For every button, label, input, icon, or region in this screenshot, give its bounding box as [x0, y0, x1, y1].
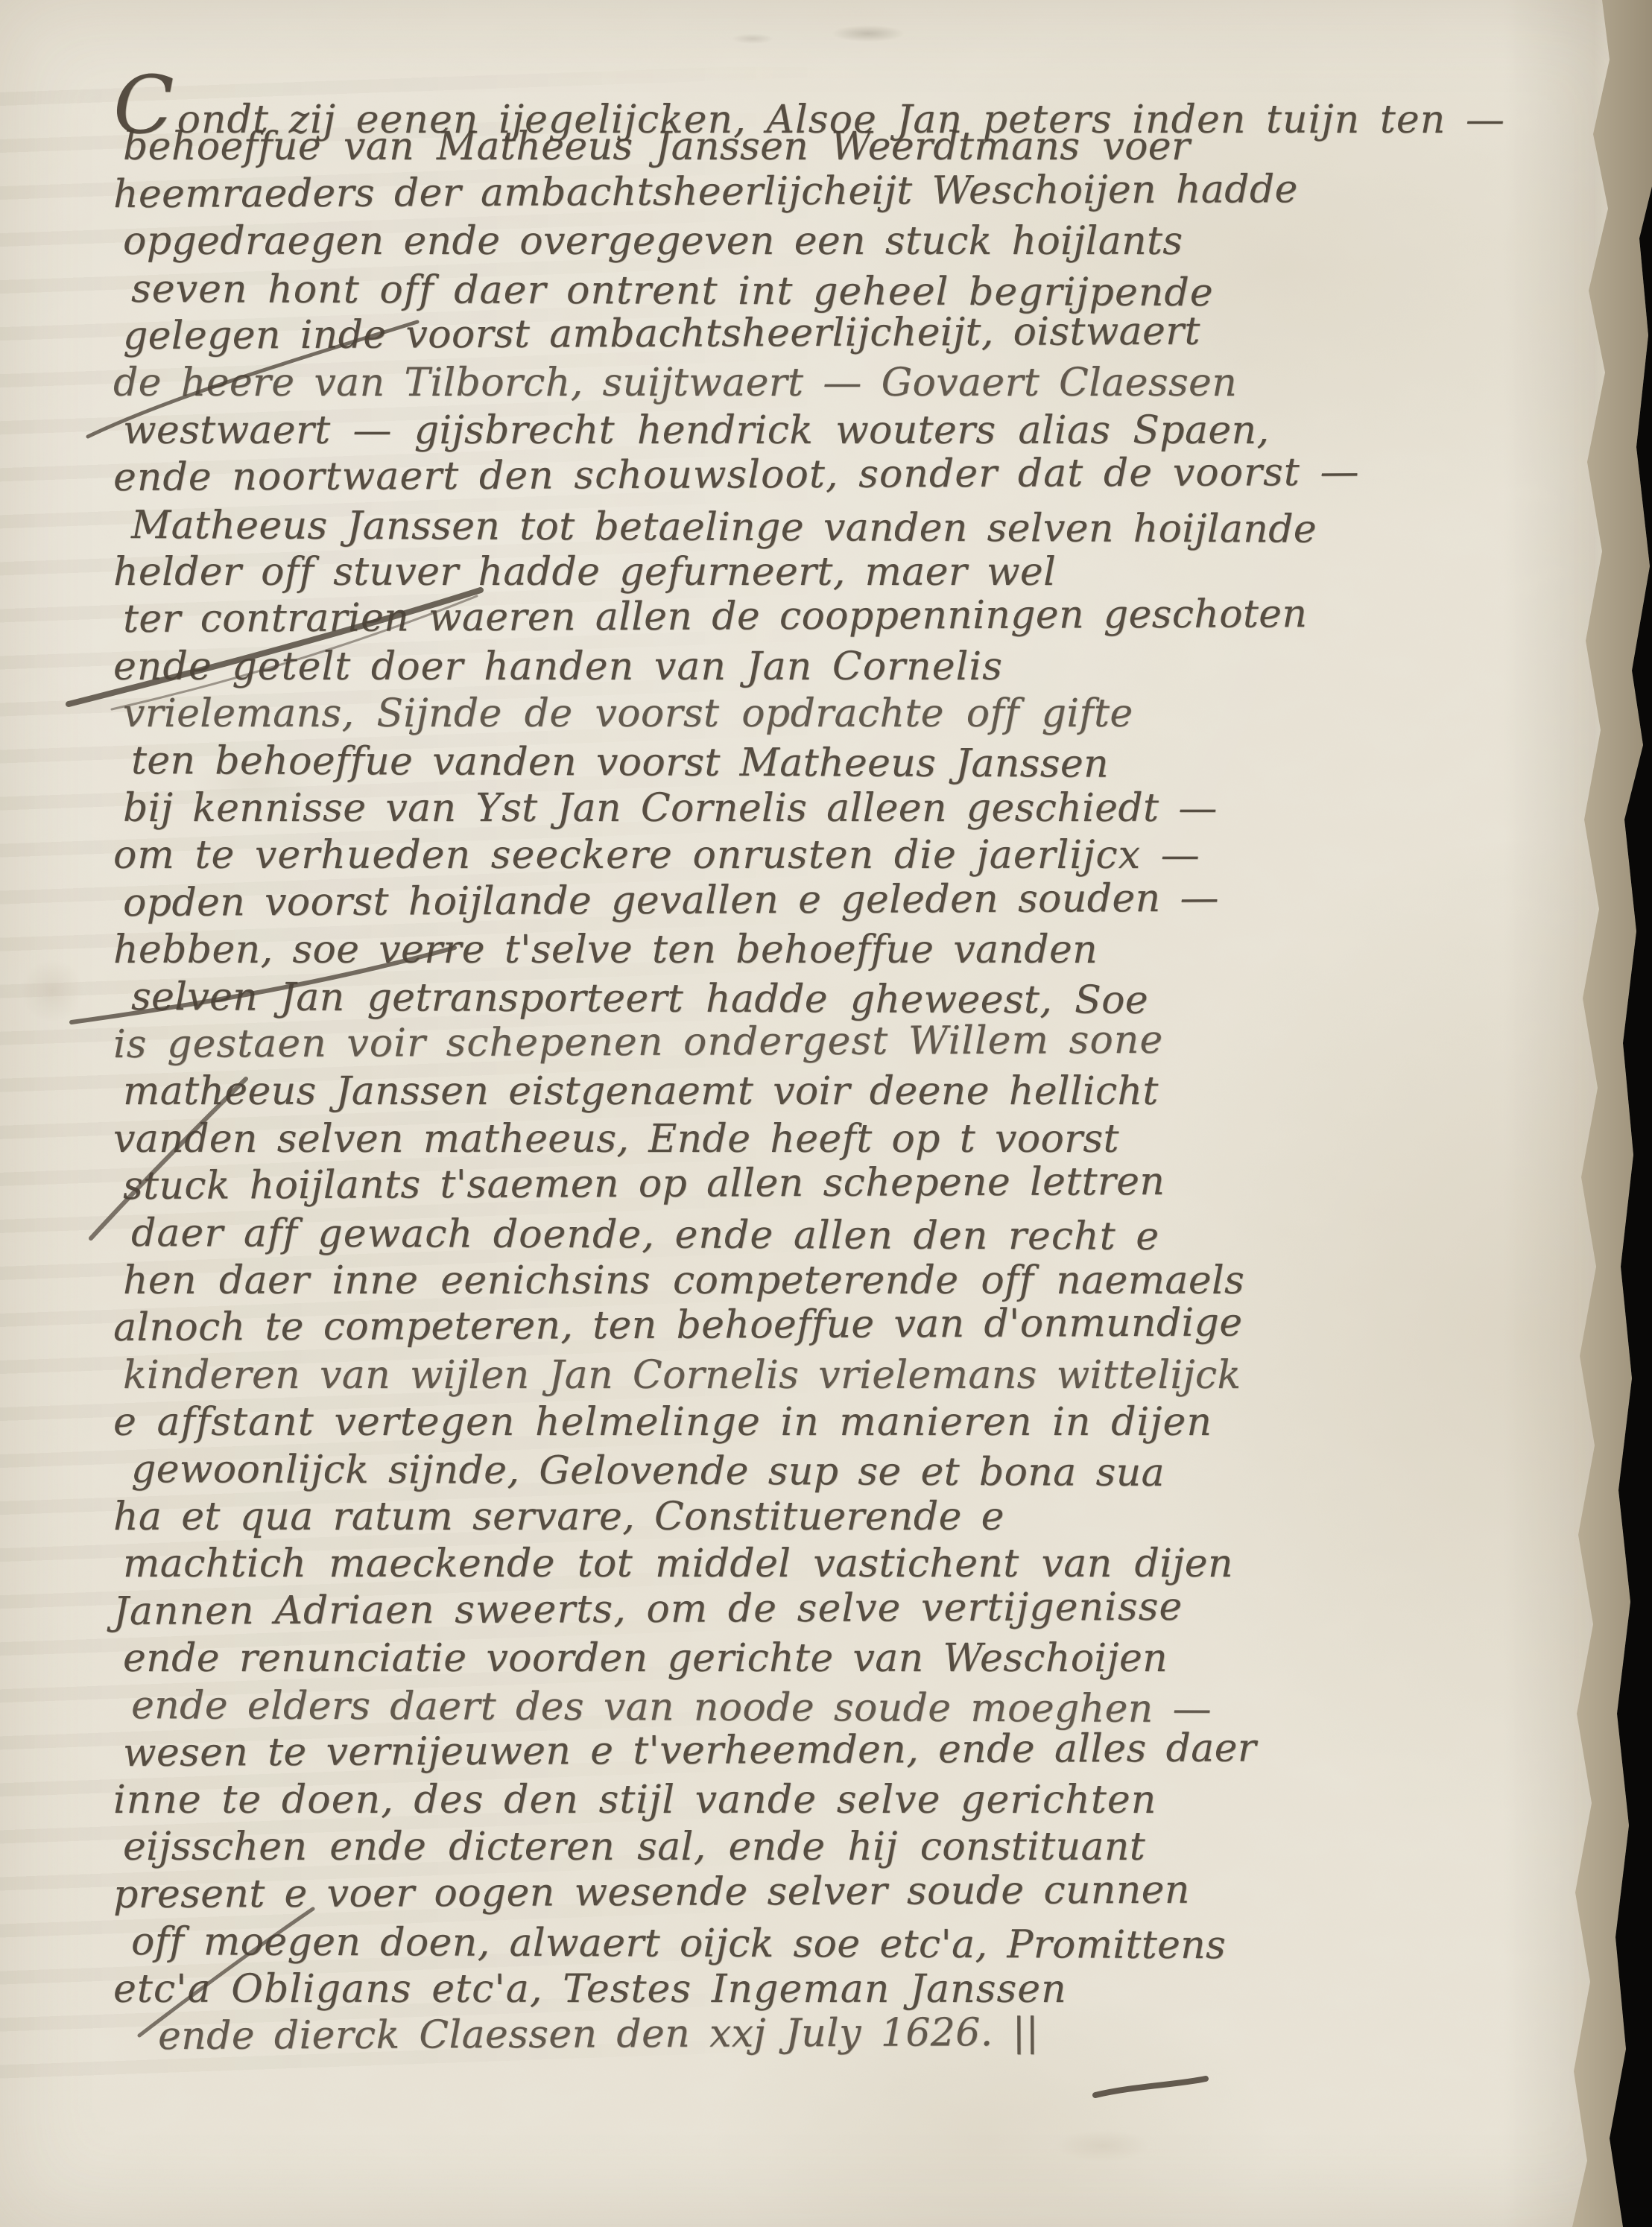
text-line: daer aff gewach doende, ende allen den r… [131, 1210, 1585, 1262]
text-line: vanden selven matheeus, Ende heeft op t … [113, 1116, 1585, 1163]
text-line: ter contrarien waeren allen de cooppenni… [123, 590, 1585, 644]
text-line: heemraeders der ambachtsheerlijcheijt We… [113, 165, 1585, 218]
text-line: opgedraegen ende overgegeven een stuck h… [123, 218, 1585, 265]
text-line: off moegen doen, alwaert oijck soe etc'a… [131, 1919, 1585, 1971]
text-line: ten behoeffue vanden voorst Matheeus Jan… [131, 738, 1585, 790]
text-line: behoeffue van Matheeus Janssen Weerdtman… [123, 124, 1585, 171]
text-line: gelegen inde voorst ambachtsheerlijcheij… [123, 306, 1585, 360]
text-line: kinderen van wijlen Jan Cornelis vrielem… [123, 1352, 1585, 1399]
date-underline-flourish [1095, 2079, 1206, 2095]
text-line: wesen te vernijeuwen e t'verheemden, end… [123, 1723, 1585, 1777]
text-line: ende getelt doer handen van Jan Cornelis [113, 644, 1585, 691]
text-line: stuck hoijlants t'saemen op allen schepe… [123, 1156, 1585, 1210]
text-line: eijsschen ende dicteren sal, ende hij co… [123, 1824, 1585, 1871]
text-line: Matheeus Janssen tot betaelinge vanden s… [131, 502, 1585, 554]
text-line: hen daer inne eenichsins competerende of… [123, 1258, 1585, 1305]
text-line: vrielemans, Sijnde de voorst opdrachte o… [123, 691, 1585, 738]
text-line: matheeus Janssen eistgenaemt voir deene … [123, 1068, 1585, 1115]
text-line: Jannen Adriaen sweerts, om de selve vert… [113, 1582, 1585, 1635]
text-line: bij kennisse van Yst Jan Cornelis alleen… [123, 785, 1585, 832]
text-line: de heere van Tilborch, suijtwaert — Gova… [113, 360, 1585, 407]
text-line: opden voorst hoijlande gevallen e gelede… [123, 873, 1585, 927]
manuscript-page: Condt zij eenen ijegelijcken, Alsoe Jan … [0, 0, 1652, 2227]
text-line: machtich maeckende tot middel vastichent… [123, 1541, 1585, 1588]
text-line: westwaert — gijsbrecht hendrick wouters … [123, 408, 1585, 454]
paper-sheet: Condt zij eenen ijegelijcken, Alsoe Jan … [0, 0, 1652, 2227]
text-line: alnoch te competeren, ten behoeffue van … [113, 1299, 1585, 1352]
text-line: present e voer oogen wesende selver soud… [113, 1865, 1585, 1919]
text-line: ha et qua ratum servare, Constituerende … [113, 1494, 1585, 1541]
text-line: e affstant vertegen helmelinge in manier… [113, 1399, 1585, 1446]
manuscript-text-block: Condt zij eenen ijegelijcken, Alsoe Jan … [113, 77, 1585, 2060]
text-line: inne te doen, des den stijl vande selve … [113, 1777, 1585, 1824]
text-line: gewoonlijck sijnde, Gelovende sup se et … [131, 1446, 1585, 1498]
text-line: etc'a Obligans etc'a, Testes Ingeman Jan… [113, 1966, 1585, 2013]
text-line: hebben, soe verre t'selve ten behoeffue … [113, 927, 1585, 974]
text-line: om te verhueden seeckere onrusten die ja… [113, 832, 1585, 879]
text-line: ende noortwaert den schouwsloot, sonder … [113, 449, 1585, 502]
text-line: helder off stuver hadde gefurneert, maer… [113, 549, 1585, 596]
text-line: ende dierck Claessen den xxj July 1626. … [158, 2007, 1585, 2061]
text-line: Condt zij eenen ijegelijcken, Alsoe Jan … [113, 77, 1585, 124]
text-line: is gestaen voir schepenen ondergest Will… [113, 1015, 1585, 1068]
text-line: ende renunciatie voorden gerichte van We… [123, 1635, 1585, 1682]
